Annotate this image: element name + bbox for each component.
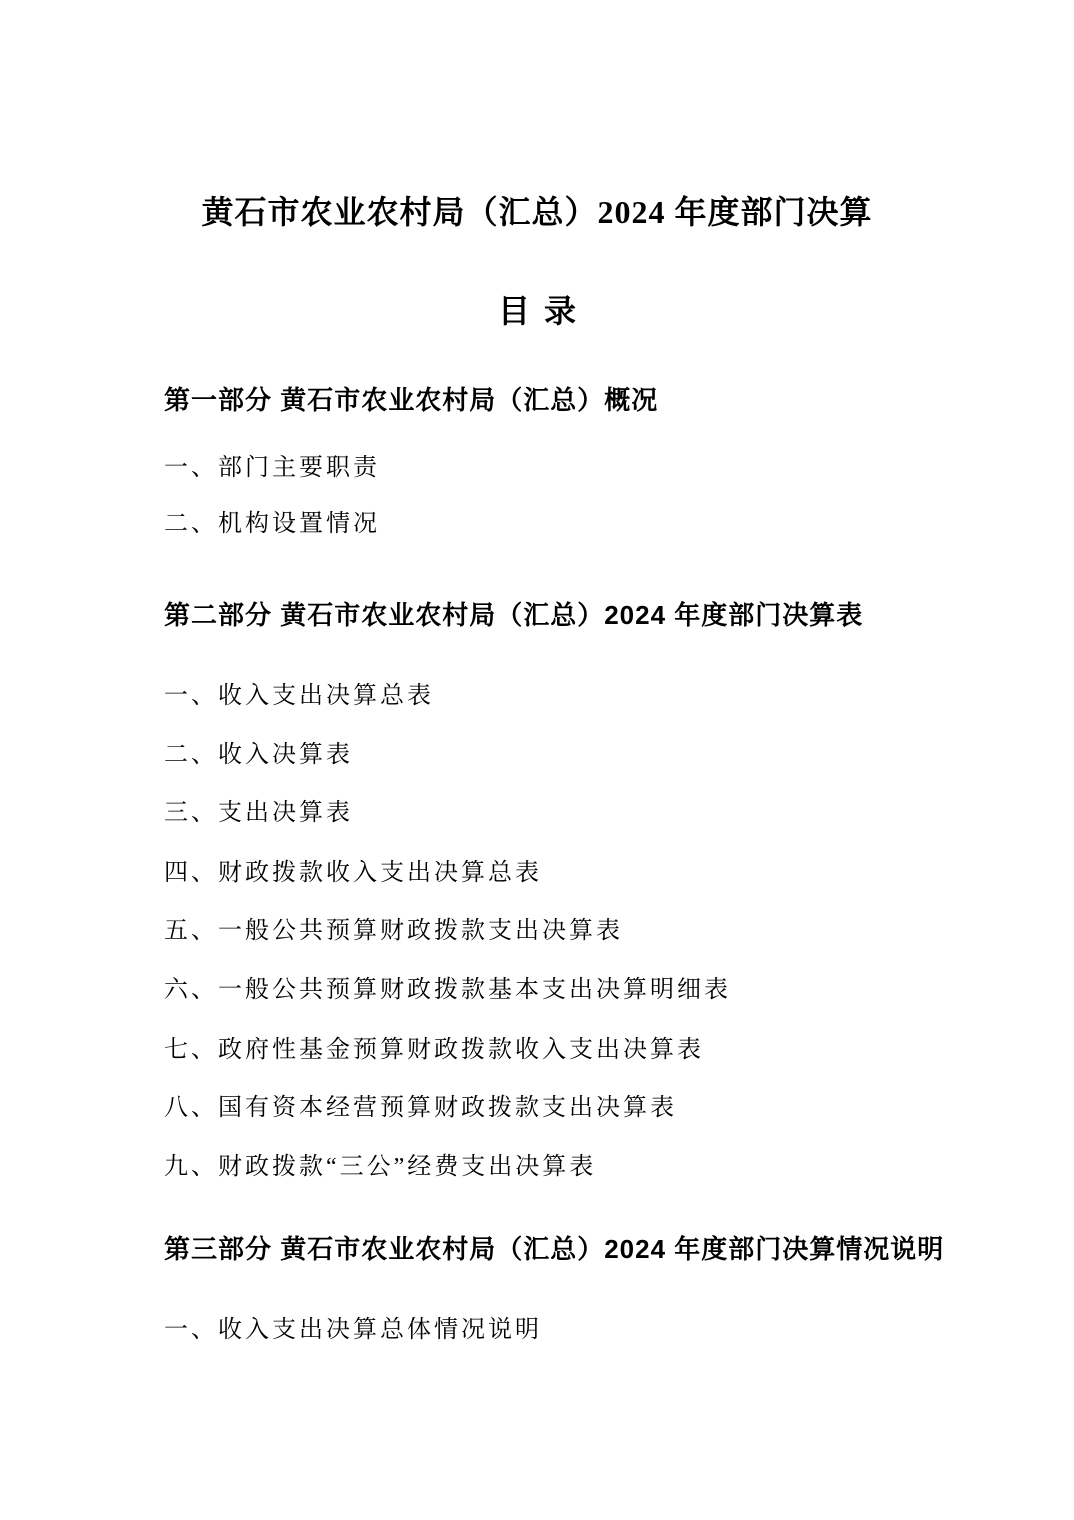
toc-item-part2-9: 九、财政拨款“三公”经费支出决算表 xyxy=(164,1150,1074,1184)
part-3-heading: 第三部分 黄石市农业农村局（汇总）2024 年度部门决算情况说明 xyxy=(164,1232,1074,1266)
toc-item-part3-1: 一、收入支出决算总体情况说明 xyxy=(164,1313,1074,1347)
toc-item-part1-2: 二、机构设置情况 xyxy=(164,507,1074,541)
document-page: 黄石市农业农村局（汇总）2024 年度部门决算 目录 第一部分 黄石市农业农村局… xyxy=(0,0,1074,1520)
toc-item-part2-3: 三、支出决算表 xyxy=(164,796,1074,830)
toc-item-part2-4: 四、财政拨款收入支出决算总表 xyxy=(164,856,1074,890)
toc-item-part2-2: 二、收入决算表 xyxy=(164,738,1074,772)
toc-heading: 目录 xyxy=(0,291,1074,331)
toc-item-part2-1: 一、收入支出决算总表 xyxy=(164,679,1074,713)
toc-item-part1-1: 一、部门主要职责 xyxy=(164,451,1074,485)
part-2-heading: 第二部分 黄石市农业农村局（汇总）2024 年度部门决算表 xyxy=(164,598,1074,632)
part-1-heading: 第一部分 黄石市农业农村局（汇总）概况 xyxy=(164,383,1074,417)
toc-body: 第一部分 黄石市农业农村局（汇总）概况 一、部门主要职责 二、机构设置情况 第二… xyxy=(0,383,1074,1347)
toc-item-part2-6: 六、一般公共预算财政拨款基本支出决算明细表 xyxy=(164,973,1074,1007)
toc-item-part2-8: 八、国有资本经营预算财政拨款支出决算表 xyxy=(164,1091,1074,1125)
toc-item-part2-7: 七、政府性基金预算财政拨款收入支出决算表 xyxy=(164,1033,1074,1067)
document-title: 黄石市农业农村局（汇总）2024 年度部门决算 xyxy=(0,192,1074,232)
toc-item-part2-5: 五、一般公共预算财政拨款支出决算表 xyxy=(164,914,1074,948)
